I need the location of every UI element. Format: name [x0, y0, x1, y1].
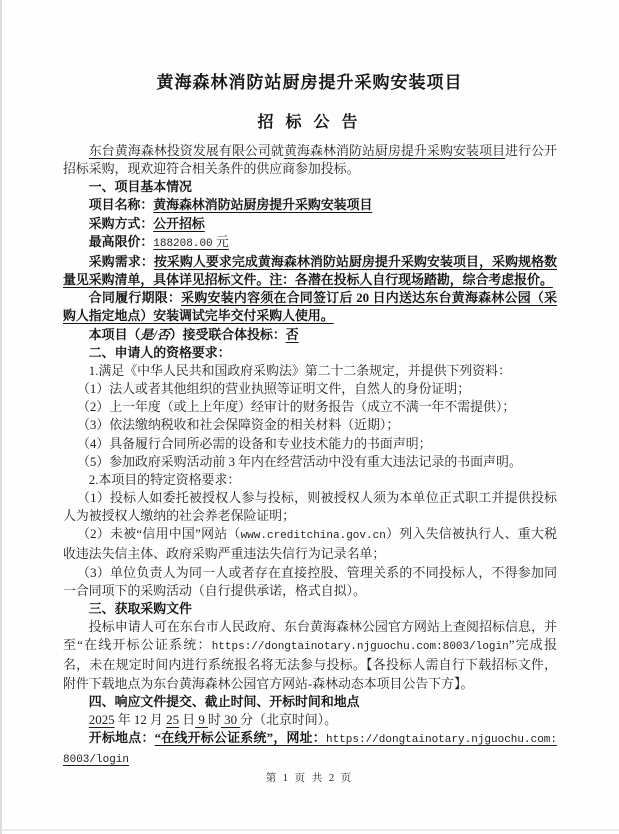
- text-segment: 四、响应文件提交、截止时间、开标时间和地点: [89, 695, 360, 709]
- text-segment: 就: [271, 144, 284, 158]
- text-segment: （4）具备履行合同所必需的设备和专业技术能力的书面声明；: [77, 437, 432, 451]
- paragraph-max-price: 最高限价：188208.00 元: [63, 233, 557, 253]
- paragraph-contract-period: 合同履行期限：采购安装内容须在合同签订后 20 日内送达东台黄海森林公园（采购人…: [63, 289, 557, 325]
- text-segment: 是/否: [140, 328, 169, 342]
- text-segment: （5）参加政府采购活动前 3 年内在经营活动中没有重大违法记录的书面声明。: [77, 455, 522, 469]
- text-segment: 9: [195, 713, 208, 727]
- paragraph-qualification-1-1: （1）法人或者其他组织的营业执照等证明文件，自然人的身份证明；: [63, 380, 557, 398]
- paragraph-deadline-datetime: 2025 年 12 月 25 日 9 时 30 分（北京时间）。: [63, 711, 557, 729]
- text-segment: www.creditchina.gov.cn: [241, 530, 386, 542]
- text-segment: 二、申请人的资格要求：: [89, 346, 231, 360]
- text-segment: 25: [166, 713, 179, 727]
- paragraph-qualification-2-3: （3）单位负责人为同一人或者存在直接控股、管理关系的不同投标人，不得参加同一合同…: [63, 564, 557, 600]
- text-segment: “在线开标公证系统”，网址：: [155, 731, 326, 745]
- text-segment: （2）上一年度（或上上年度）经审计的财务报告（成立不满一年不需提供）；: [77, 400, 515, 414]
- paragraph-section-3-heading: 三、获取采购文件: [63, 600, 557, 618]
- paragraph-bid-opening-location: 开标地点：“在线开标公证系统”，网址：https://dongtainotary…: [63, 729, 557, 769]
- text-segment: https://dongtainotary.njguochu.com:8003/…: [212, 641, 509, 653]
- paragraph-qualification-1-2: （2）上一年度（或上上年度）经审计的财务报告（成立不满一年不需提供）；: [63, 398, 557, 416]
- text-segment: 采购需求：: [89, 255, 154, 269]
- paragraph-qualification-2-1: （1）投标人如委托被授权人参与投标，则被授权人须为本单位正式职工并提供投标人为被…: [63, 489, 557, 525]
- text-segment: 1.满足《中华人民共和国政府采购法》第二十二条规定，并提供下列资料：: [89, 364, 511, 378]
- text-segment: 公开招标: [153, 217, 205, 231]
- text-segment: ）接受联合体投标：: [170, 328, 286, 342]
- text-segment: 三、获取采购文件: [89, 602, 192, 616]
- document-body: 东台黄海森林投资发展有限公司就黄海森林消防站厨房提升采购安装项目进行公开招标采购…: [63, 142, 557, 769]
- paragraph-consortium-bid: 本项目（是/否）接受联合体投标：否: [63, 326, 557, 344]
- paragraph-qualification-1-4: （4）具备履行合同所必需的设备和专业技术能力的书面声明；: [63, 435, 557, 453]
- scan-edge-bottom: [2, 829, 619, 831]
- paragraph-qualification-2-2: （2）未被“信用中国”网站（www.creditchina.gov.cn）列入失…: [63, 525, 557, 563]
- text-segment: 时: [208, 713, 221, 727]
- scan-edge-left: [0, 0, 2, 834]
- text-segment: （1）法人或者其他组织的营业执照等证明文件，自然人的身份证明；: [77, 382, 470, 396]
- paragraph-section-2-heading: 二、申请人的资格要求：: [63, 344, 557, 362]
- text-segment: 最高限价：: [89, 235, 153, 249]
- text-segment: 188208.00: [153, 238, 212, 250]
- text-segment: 东台黄海森林投资发展有限公司: [89, 144, 271, 158]
- text-segment: 2.本项目的特定资格要求：: [89, 473, 240, 487]
- text-segment: 年 12 月: [115, 713, 167, 727]
- text-segment: 2025: [89, 713, 115, 727]
- page-number-footer: 第 1 页 共 2 页: [0, 770, 619, 785]
- text-segment: 日: [179, 713, 195, 727]
- paragraph-procurement-method: 采购方式：公开招标: [63, 215, 557, 233]
- text-segment: （3）单位负责人为同一人或者存在直接控股、管理关系的不同投标人，不得参加同一合同…: [63, 566, 557, 598]
- paragraph-qualification-1: 1.满足《中华人民共和国政府采购法》第二十二条规定，并提供下列资料：: [63, 362, 557, 380]
- text-segment: 黄海森林消防站厨房提升采购安装项目: [153, 198, 372, 212]
- text-segment: 一、项目基本情况: [89, 180, 192, 194]
- text-segment: （2）未被“信用中国”网站（: [77, 527, 241, 541]
- paragraph-qualification-1-3: （3）依法缴纳税收和社会保障资金的相关材料（近期）；: [63, 416, 557, 434]
- text-segment: 分（北京时间）。: [240, 713, 337, 727]
- paragraph-section-4-heading: 四、响应文件提交、截止时间、开标时间和地点: [63, 693, 557, 711]
- text-segment: 采购方式：: [89, 217, 153, 231]
- paragraph-section-1-heading: 一、项目基本情况: [63, 178, 557, 196]
- text-segment: 开标地点：: [89, 731, 155, 745]
- paragraph-qualification-2: 2.本项目的特定资格要求：: [63, 471, 557, 489]
- text-segment: 元: [213, 235, 229, 249]
- text-segment: 项目名称：: [89, 198, 153, 212]
- text-segment: 合同履行期限：: [89, 291, 181, 305]
- text-segment: （1）投标人如委托被授权人参与投标，则被授权人须为本单位正式职工并提供投标人为被…: [63, 491, 557, 523]
- paragraph-intro: 东台黄海森林投资发展有限公司就黄海森林消防站厨房提升采购安装项目进行公开招标采购…: [63, 142, 557, 178]
- paragraph-qualification-1-5: （5）参加政府采购活动前 3 年内在经营活动中没有重大违法记录的书面声明。: [63, 453, 557, 471]
- text-segment: （3）依法缴纳税收和社会保障资金的相关材料（近期）；: [77, 418, 399, 432]
- text-segment: 黄海森林消防站厨房提升采购安装项目: [284, 144, 505, 158]
- paragraph-obtain-documents: 投标申请人可在东台市人民政府、东台黄海森林公园官方网站上查阅招标信息，并至“在线…: [63, 618, 557, 693]
- text-segment: 30: [221, 713, 240, 727]
- paragraph-procurement-requirements: 采购需求：按采购人要求完成黄海森林消防站厨房提升采购安装项目，采购规格数量见采购…: [63, 253, 557, 289]
- announcement-heading: 招 标 公 告: [0, 112, 619, 134]
- text-segment: 本项目（: [89, 328, 141, 342]
- text-segment: 否: [286, 328, 299, 342]
- scanned-document-page: 黄海森林消防站厨房提升采购安装项目 招 标 公 告 东台黄海森林投资发展有限公司…: [0, 0, 619, 834]
- document-title: 黄海森林消防站厨房提升采购安装项目: [0, 0, 619, 94]
- paragraph-project-name: 项目名称：黄海森林消防站厨房提升采购安装项目: [63, 196, 557, 214]
